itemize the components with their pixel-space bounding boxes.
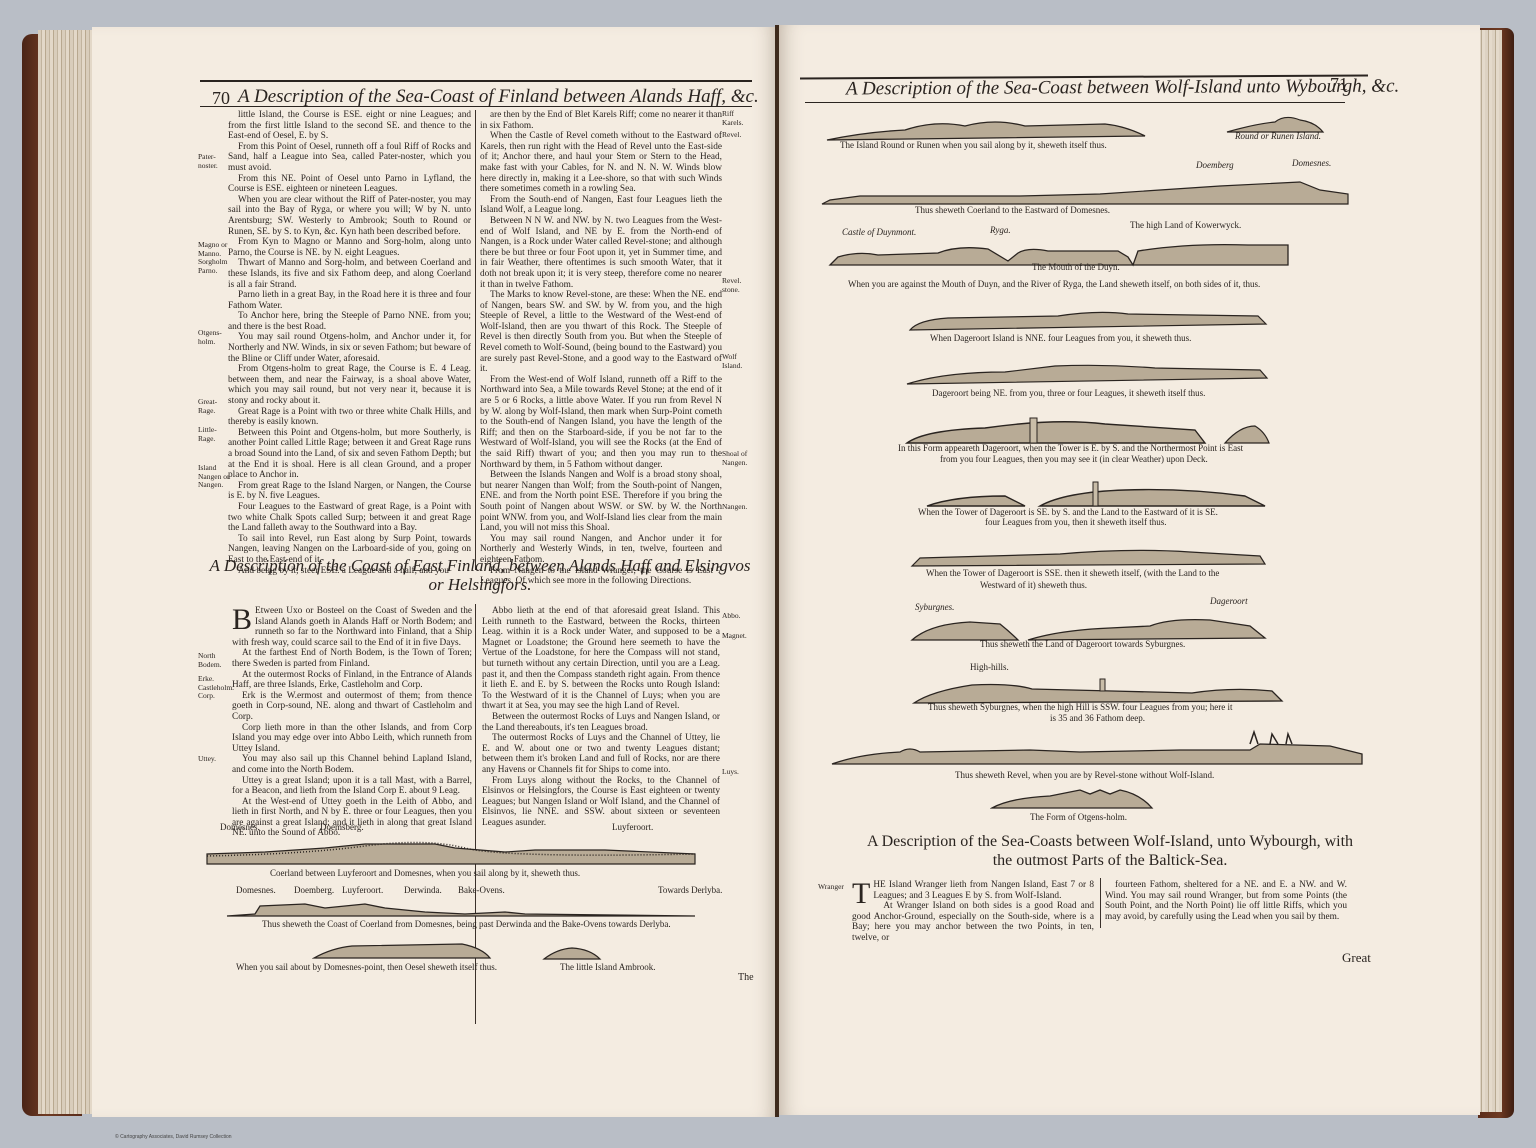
coast-profile-dageroort-sse — [910, 538, 1270, 568]
right-column-1: THE Island Wranger lieth from Nangen Isl… — [852, 880, 1094, 944]
caption-ambrook: The little Island Ambrook. — [560, 962, 655, 972]
paragraph: You may sail round Otgens-holm, and Anch… — [228, 332, 471, 364]
coast-profile-dageroort-tower-e — [905, 410, 1270, 445]
margin-note: Great-Rage. — [198, 398, 232, 415]
paragraph: When you are clear without the Riff of P… — [228, 195, 471, 237]
place-derwinda: Derwinda. — [404, 885, 442, 895]
margin-note: Nangen. — [722, 503, 756, 512]
section-title-r-line2: the outmost Parts of the Baltick-Sea. — [840, 851, 1380, 870]
section-title-wolf-island: A Description of the Sea-Coasts between … — [840, 832, 1380, 870]
head-rule-bottom — [200, 106, 752, 107]
paragraph: are then by the End of Blet Karels Riff;… — [480, 110, 722, 131]
place-bake-ovens: Bake-Ovens. — [458, 885, 505, 895]
catchword-right: Great — [1342, 950, 1371, 966]
coast-profile-coerland-2 — [225, 898, 695, 918]
book-gutter — [775, 25, 779, 1117]
coast-profile-coerland-1 — [205, 838, 700, 868]
running-head-left: A Description of the Sea-Coast of Finlan… — [238, 86, 759, 108]
caption-duyn: The Mouth of the Duyn. — [1032, 262, 1120, 272]
section-title-r-line1: A Description of the Sea-Coasts between … — [840, 832, 1380, 851]
margin-note: Revel. stone. — [722, 277, 756, 294]
drop-cap: B — [232, 608, 252, 632]
paragraph: From Kyn to Magno or Manno and Sorg-holm… — [228, 237, 471, 258]
caption-dageroort-sse-1: When the Tower of Dageroort is SSE. then… — [926, 568, 1219, 578]
page-edges-left — [38, 30, 98, 1114]
margin-note: Shoal of Nangen. — [722, 450, 756, 467]
paragraph: From Otgens-holm to great Rage, the Cour… — [228, 364, 471, 406]
copyright-credit: © Cartography Associates, David Rumsey C… — [115, 1134, 232, 1140]
drop-cap: T — [852, 882, 870, 906]
caption-coerland-1: Coerland between Luyferoort and Domesnes… — [270, 868, 580, 878]
caption-dageroort-tower-se-1: When the Tower of Dageroort is SE. by S.… — [918, 507, 1218, 517]
caption-dageroort-nne: When Dageroort Island is NNE. four Leagu… — [930, 333, 1191, 343]
caption-runen-1: The Island Round or Runen when you sail … — [840, 140, 1107, 150]
caption-dageroort-tower-e-1: In this Form appeareth Dageroort, when t… — [898, 443, 1243, 453]
coast-profile-runen-1 — [825, 112, 1147, 142]
caption-otgens-holm: The Form of Otgens-holm. — [1030, 812, 1127, 822]
paragraph: From this NE. Point of Oesel unto Parno … — [228, 174, 471, 195]
paragraph: Corp lieth more in than the other Island… — [232, 723, 472, 755]
paragraph: fourteen Fathom, sheltered for a NE. and… — [1105, 880, 1347, 922]
margin-note: Uttey. — [198, 755, 232, 764]
paragraph: Parno lieth in a great Bay, in the Road … — [228, 290, 471, 311]
margin-note: Magno or Manno. Sorgholm Parno. — [198, 241, 232, 275]
caption-runen-2: Round or Runen Island. — [1235, 131, 1321, 141]
coast-profile-syburgnes — [912, 673, 1284, 705]
coast-profile-dageroort-syburgnes — [910, 610, 1270, 642]
paragraph: The Marks to know Revel-stone, are these… — [480, 290, 722, 375]
paragraph: From the South-end of Nangen, East four … — [480, 195, 722, 216]
head-rule-top — [200, 80, 752, 82]
paragraph: Between N N W. and NW. by N. two Leagues… — [480, 216, 722, 290]
page-edges-right — [1478, 30, 1502, 1112]
caption-dageroort-sse-2: Westward of it) sheweth thus. — [980, 580, 1087, 590]
coast-profile-dageroort-ne — [905, 356, 1270, 386]
coast-profile-dageroort-tower-se — [925, 478, 1270, 508]
margin-note: Riff Karels. — [722, 110, 756, 127]
right-column-2: fourteen Fathom, sheltered for a NE. and… — [1105, 880, 1347, 922]
place-luyferoort: Luyferoort. — [612, 822, 653, 832]
place-domesnes-2: Domesnes. — [236, 885, 276, 895]
caption-dageroort-tower-e-2: from you four Leagues, then you may see … — [940, 454, 1208, 464]
section-title-line1: A Description of the Coast of East Finla… — [200, 556, 760, 575]
margin-note: Magnet. — [722, 632, 756, 641]
coast-profile-coerland-east — [820, 170, 1350, 206]
paragraph: THE Island Wranger lieth from Nangen Isl… — [852, 880, 1094, 901]
folio-right: 71 — [1330, 74, 1348, 95]
paragraph: At the outermost Rocks of Finland, in th… — [232, 670, 472, 691]
caption-coerland-2: Thus sheweth the Coast of Coerland from … — [262, 919, 671, 929]
section-title-east-finland: A Description of the Coast of East Finla… — [200, 556, 760, 594]
paragraph: Between the Islands Nangen and Wolf is a… — [480, 470, 722, 534]
column-divider-2 — [475, 604, 476, 1024]
section-title-line2: or Helsingfors. — [200, 575, 760, 594]
caption-dageroort-tower-se-2: four Leagues from you, then it sheweth i… — [985, 517, 1166, 527]
paragraph: At the West-end of Uttey goeth in the Le… — [232, 797, 472, 839]
paragraph: Between this Point and Otgens-holm, but … — [228, 428, 471, 481]
paragraph: At the farthest End of North Bodem, is t… — [232, 648, 472, 669]
paragraph: BEtween Uxo or Bosteel on the Coast of S… — [232, 606, 472, 648]
margin-note: Island Nangen or Nangen. — [198, 464, 232, 490]
paragraph: Abbo lieth at the end of that aforesaid … — [482, 606, 720, 712]
margin-note: Otgens-holm. — [198, 329, 232, 346]
paragraph: Great Rage is a Point with two or three … — [228, 407, 471, 428]
paragraph: When the Castle of Revel cometh without … — [480, 131, 722, 195]
paragraph: From great Rage to the Island Nargen, or… — [228, 481, 471, 502]
place-dageroort: Dageroort — [1210, 596, 1248, 606]
place-kowerwyck: The high Land of Kowerwyck. — [1130, 220, 1241, 230]
margin-note: Revel. — [722, 131, 756, 140]
place-domesnes-r: Domesnes. — [1292, 158, 1331, 168]
left-column-4: Abbo lieth at the end of that aforesaid … — [482, 606, 720, 828]
caption-dageroort-ne: Dageroort being NE. from you, three or f… — [932, 388, 1205, 398]
coast-profile-otgens-holm — [990, 786, 1155, 810]
place-doemberg: Doemberg. — [294, 885, 334, 895]
margin-note: Pater-noster. — [198, 153, 232, 170]
head-rule-bottom-right — [805, 102, 1345, 103]
place-high-hills: High-hills. — [970, 662, 1009, 672]
margin-note: Little-Rage. — [198, 426, 232, 443]
paragraph: From this Point of Oesel, runneth off a … — [228, 142, 471, 174]
paragraph: little Island, the Course is ESE. eight … — [228, 110, 471, 142]
caption-syburgnes-1: Thus sheweth Syburgnes, when the high Hi… — [928, 702, 1232, 712]
coast-profile-oesel — [312, 940, 492, 960]
paragraph: From the West-end of Wolf Island, runnet… — [480, 375, 722, 470]
column-divider-right — [1100, 878, 1101, 928]
running-head-right: A Description of the Sea-Coast between W… — [846, 76, 1399, 101]
margin-note: Erke. Castleholm. Corp. — [198, 675, 232, 701]
place-domesnes: Domesnes. — [220, 822, 260, 832]
catchword-left: The — [738, 972, 754, 983]
caption-revel: Thus sheweth Revel, when you are by Reve… — [955, 770, 1214, 780]
paragraph: The outermost Rocks of Luys and the Chan… — [482, 733, 720, 775]
paragraph: Erk is the W.ermost and outermost of the… — [232, 691, 472, 723]
caption-oesel: When you sail about by Domesnes-point, t… — [236, 962, 497, 972]
column-divider — [475, 110, 476, 570]
margin-note: North Bodem. — [198, 652, 232, 669]
place-doemsberg: Doemsberg. — [320, 822, 364, 832]
margin-note-wranger: Wranger — [818, 883, 852, 892]
left-column-1: little Island, the Course is ESE. eight … — [228, 110, 471, 576]
paragraph: From Luys along without the Rocks, to th… — [482, 776, 720, 829]
caption-coerland-east: Thus sheweth Coerland to the Eastward of… — [915, 205, 1110, 215]
caption-dageroort-syburgnes: Thus sheweth the Land of Dageroort towar… — [980, 639, 1185, 649]
paragraph: Thwart of Manno and Sorg-holm, and betwe… — [228, 258, 471, 290]
margin-note: Abbo. — [722, 612, 756, 621]
place-luyferoort-2: Luyferoort. — [342, 885, 383, 895]
paragraph: Four Leagues to the Eastward of great Ra… — [228, 502, 471, 534]
place-towards-derlyba: Towards Derlyba. — [658, 885, 722, 895]
left-column-2: are then by the End of Blet Karels Riff;… — [480, 110, 722, 587]
margin-note: Wolf Island. — [722, 353, 756, 370]
paragraph: Between the outermost Rocks of Luys and … — [482, 712, 720, 733]
paragraph: At Wranger Island on both sides is a goo… — [852, 901, 1094, 943]
paragraph: To Anchor here, bring the Steeple of Par… — [228, 311, 471, 332]
coast-profile-dageroort-nne — [908, 302, 1268, 332]
coast-profile-revel — [830, 728, 1365, 768]
caption-syburgnes-2: is 35 and 36 Fathom deep. — [1050, 713, 1145, 723]
paragraph: You may also sail up this Channel behind… — [232, 754, 472, 775]
place-doemberg-r: Doemberg — [1196, 160, 1234, 170]
coast-profile-ambrook — [542, 945, 602, 961]
paragraph: Uttey is a great Island; upon it is a ta… — [232, 776, 472, 797]
caption-duyn-both-sides: When you are against the Mouth of Duyn, … — [848, 279, 1260, 289]
left-column-3: BEtween Uxo or Bosteel on the Coast of S… — [232, 606, 472, 839]
margin-note: Luys. — [722, 768, 756, 777]
